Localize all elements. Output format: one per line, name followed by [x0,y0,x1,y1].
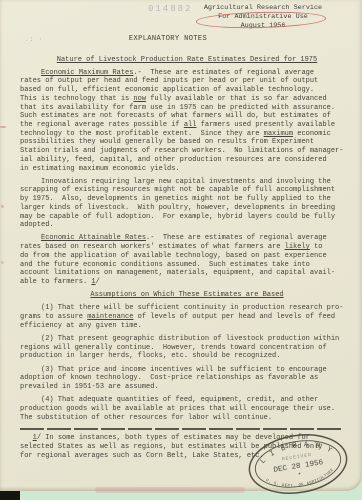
text-line: rates based on research workers' estimat… [20,243,354,252]
assumption-3: (3) That price and income incentives wil… [20,366,354,392]
red-margin-mark [1,205,4,208]
red-margin-mark [0,126,6,128]
text-line: This is technology that is now fully ava… [20,95,354,104]
text-line: (1) That there will be sufficient contin… [20,304,354,313]
assumption-4: (4) That adequate quantities of feed, eq… [20,396,354,422]
paragraph-innovations: Innovations requiring large new capital … [20,178,354,230]
text-line: and the future economic conditions assum… [20,261,354,270]
text-line: production in larger herds, flocks, etc.… [20,352,354,361]
page-title: EXPLANATORY NOTES [0,35,336,43]
document-body: Nature of Livestock Production Rate Esti… [20,51,354,460]
text-line: (4) That adequate quantities of feed, eq… [20,396,354,405]
section-heading-assumptions: Assumptions on Which These Estimates are… [20,291,354,300]
text-line: do from the application of available tec… [20,252,354,261]
text-line: that its availability for farm use in 19… [20,104,354,113]
scanned-document-page: 014882 Agricultural Research Service For… [0,0,362,500]
text-line: Innovations requiring large new capital … [20,178,354,187]
text-line: technology to the most profitable extent… [20,130,354,139]
paragraph-economic-maximum-rates: Economic Maximum Rates.- These are estim… [20,69,354,174]
text-line: production goods will be available at pr… [20,405,354,414]
red-margin-mark [1,261,4,264]
text-line: adoption of known technology. Cost-price… [20,374,354,383]
text-line: (2) That present geographic distribution… [20,335,354,344]
text-line: ial ability, feed, capital, and other pr… [20,156,354,165]
assumption-1: (1) That there will be sufficient contin… [20,304,354,330]
text-line: Station trials and judgments of research… [20,147,354,156]
text-line: (3) That price and income incentives wil… [20,366,354,375]
text-line: Assumptions on Which These Estimates are… [20,291,354,300]
text-line: may be capable of full adoption. For exa… [20,213,354,222]
text-line: by 1975. Also, developments in genetics … [20,195,354,204]
text-line: larger kinds of livestock. With poultry,… [20,204,354,213]
bottom-edge-smudge [95,487,245,493]
text-line: in estimating maximum economic yields. [20,165,354,174]
text-line: prevailed in 1951-53 are assumed. [20,383,354,392]
text-line: Nature of Livestock Production Rate Esti… [20,56,354,65]
stamp-star-icon: ✶ [298,472,302,477]
text-line: efficiency at any given time. [20,322,354,331]
footnote-rule [20,428,344,429]
text-line: Economic Maximum Rates.- These are estim… [20,69,354,78]
text-line: grams to assure maintenance of levels of… [20,313,354,322]
text-line: the regional average rates possible if a… [20,121,354,130]
scan-corner-black [0,491,20,500]
paragraph-economic-attainable-rates: Economic Attainable Rates.- These are es… [20,234,354,286]
text-line: The substitution of other resources for … [20,414,354,423]
assumption-2: (2) That present geographic distribution… [20,335,354,361]
text-line: based on full, efficient economic applic… [20,86,354,95]
text-line: rates of output per head and feed inputs… [20,77,354,86]
text-line: able to farmers. 1/ [20,278,354,287]
text-line: account limitations on management, mater… [20,269,354,278]
text-line: adopted. [20,221,354,230]
text-line: Economic Attainable Rates.- These are es… [20,234,354,243]
section-heading-nature: Nature of Livestock Production Rate Esti… [20,56,354,65]
text-line: possibilities they would generally be ba… [20,138,354,147]
text-line: scrapping of existing resources might no… [20,186,354,195]
text-line: regions will generally continue. However… [20,344,354,353]
text-line: Such estimates are not forecasts of what… [20,112,354,121]
accession-number-stamp: 014882 [148,4,192,14]
